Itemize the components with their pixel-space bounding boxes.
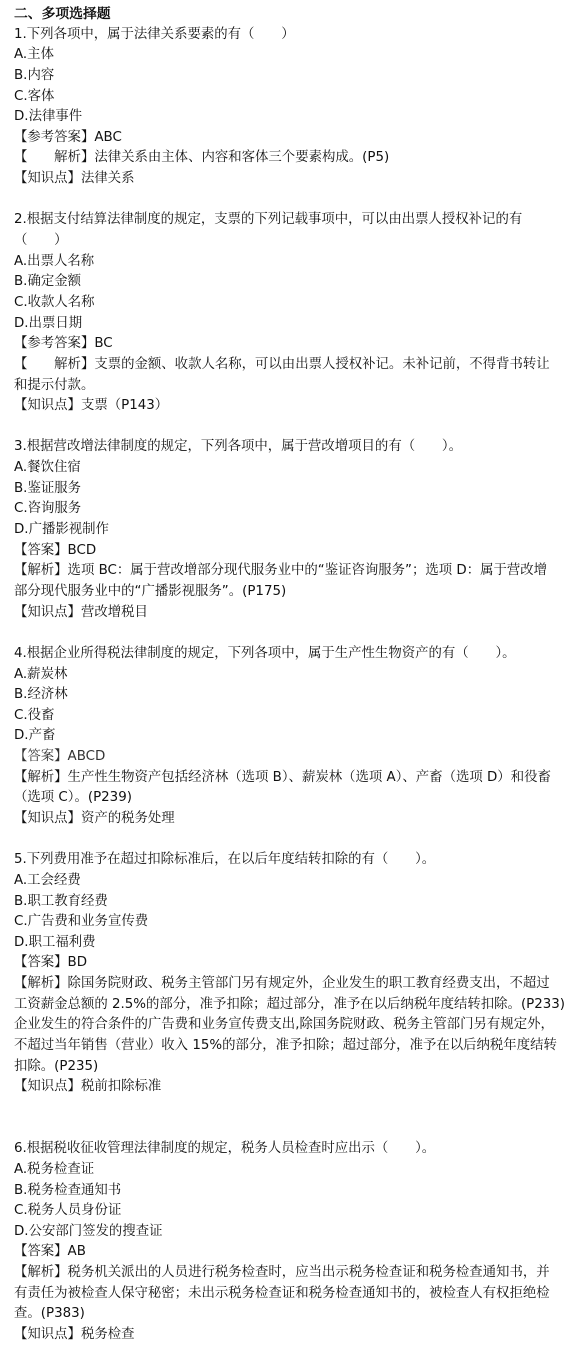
spacer xyxy=(14,417,580,438)
spacer xyxy=(14,1098,580,1119)
analysis-cont: 和提示付款。 xyxy=(14,376,580,397)
question-stem: 2.根据支付结算法律制度的规定，支票的下列记载事项中，可以由出票人授权补记的有 xyxy=(14,210,580,231)
answer: 【答案】AB xyxy=(14,1242,580,1263)
option-b: B.内容 xyxy=(14,66,580,87)
option-d: D.公安部门签发的搜查证 xyxy=(14,1222,580,1243)
option-c: C.客体 xyxy=(14,87,580,108)
question-stem: 5.下列费用准予在超过扣除标准后，在以后年度结转扣除的有（ ）。 xyxy=(14,850,580,871)
question-1: 1.下列各项中，属于法律关系要素的有（ ） A.主体 B.内容 C.客体 D.法… xyxy=(14,25,580,190)
option-a: A.出票人名称 xyxy=(14,252,580,273)
answer: 【答案】ABCD xyxy=(14,747,580,768)
answer: 【答案】BCD xyxy=(14,541,580,562)
option-d: D.出票日期 xyxy=(14,314,580,335)
analysis-cont: 企业发生的符合条件的广告费和业务宣传费支出,除国务院财政、税务主管部门另有规定外… xyxy=(14,1015,580,1036)
option-a: A.税务检查证 xyxy=(14,1160,580,1181)
option-b: B.鉴证服务 xyxy=(14,479,580,500)
analysis: 【解析】税务机关派出的人员进行税务检查时，应当出示税务检查证和税务检查通知书，并 xyxy=(14,1263,580,1284)
analysis: 【解析】选项 BC：属于营改增部分现代服务业中的“鉴证咨询服务”；选项 D：属于… xyxy=(14,561,580,582)
option-a: A.餐饮住宿 xyxy=(14,458,580,479)
document-page: 二、多项选择题 1.下列各项中，属于法律关系要素的有（ ） A.主体 B.内容 … xyxy=(0,0,580,1346)
analysis-cont: （选项 C）。(P239) xyxy=(14,788,580,809)
spacer xyxy=(14,190,580,211)
knowledge-point: 【知识点】税务检查 xyxy=(14,1325,580,1346)
option-b: B.职工教育经费 xyxy=(14,892,580,913)
question-4: 4.根据企业所得税法律制度的规定，下列各项中，属于生产性生物资产的有（ ）。 A… xyxy=(14,644,580,830)
knowledge-point: 【知识点】税前扣除标准 xyxy=(14,1077,580,1098)
question-5: 5.下列费用准予在超过扣除标准后，在以后年度结转扣除的有（ ）。 A.工会经费 … xyxy=(14,850,580,1098)
analysis: 【解析】生产性生物资产包括经济林（选项 B）、薪炭林（选项 A）、产畜（选项 D… xyxy=(14,768,580,789)
analysis-cont: 不超过当年销售（营业）收入 15%的部分，准予扣除；超过部分，准予在以后纳税年度… xyxy=(14,1036,580,1057)
knowledge-point: 【知识点】营改增税目 xyxy=(14,603,580,624)
question-stem: 4.根据企业所得税法律制度的规定，下列各项中，属于生产性生物资产的有（ ）。 xyxy=(14,644,580,665)
answer: 【答案】BD xyxy=(14,953,580,974)
option-c: C.广告费和业务宣传费 xyxy=(14,912,580,933)
knowledge-point: 【知识点】支票（P143） xyxy=(14,396,580,417)
knowledge-point: 【知识点】法律关系 xyxy=(14,169,580,190)
analysis: 【 解析】法律关系由主体、内容和客体三个要素构成。(P5) xyxy=(14,148,580,169)
question-stem-cont: （ ） xyxy=(14,231,580,252)
answer: 【参考答案】ABC xyxy=(14,128,580,149)
analysis-cont: 查。(P383) xyxy=(14,1304,580,1325)
question-stem: 1.下列各项中，属于法律关系要素的有（ ） xyxy=(14,25,580,46)
option-d: D.职工福利费 xyxy=(14,933,580,954)
option-a: A.主体 xyxy=(14,45,580,66)
option-b: B.经济林 xyxy=(14,685,580,706)
spacer xyxy=(14,830,580,851)
option-d: D.产畜 xyxy=(14,726,580,747)
analysis-cont: 扣除。(P235) xyxy=(14,1057,580,1078)
question-2: 2.根据支付结算法律制度的规定，支票的下列记载事项中，可以由出票人授权补记的有 … xyxy=(14,210,580,416)
question-stem: 3.根据营改增法律制度的规定，下列各项中，属于营改增项目的有（ ）。 xyxy=(14,437,580,458)
option-d: D.法律事件 xyxy=(14,107,580,128)
analysis-cont: 有责任为被检查人保守秘密；未出示税务检查证和税务检查通知书的，被检查人有权拒绝检 xyxy=(14,1284,580,1305)
option-c: C.收款人名称 xyxy=(14,293,580,314)
spacer xyxy=(14,623,580,644)
knowledge-point: 【知识点】资产的税务处理 xyxy=(14,809,580,830)
spacer xyxy=(14,1119,580,1140)
analysis: 【解析】除国务院财政、税务主管部门另有规定外，企业发生的职工教育经费支出，不超过 xyxy=(14,974,580,995)
answer: 【参考答案】BC xyxy=(14,334,580,355)
option-c: C.税务人员身份证 xyxy=(14,1201,580,1222)
question-6: 6.根据税收征收管理法律制度的规定，税务人员检查时应出示（ ）。 A.税务检查证… xyxy=(14,1139,580,1345)
option-b: B.确定金额 xyxy=(14,272,580,293)
analysis-cont: 工资薪金总额的 2.5%的部分，准予扣除；超过部分，准予在以后纳税年度结转扣除。… xyxy=(14,995,580,1016)
option-a: A.薪炭林 xyxy=(14,665,580,686)
analysis: 【 解析】支票的金额、收款人名称，可以由出票人授权补记。未补记前，不得背书转让 xyxy=(14,355,580,376)
analysis-cont: 部分现代服务业中的“广播影视服务”。(P175) xyxy=(14,582,580,603)
option-c: C.咨询服务 xyxy=(14,499,580,520)
option-a: A.工会经费 xyxy=(14,871,580,892)
section-title: 二、多项选择题 xyxy=(14,4,580,25)
question-stem: 6.根据税收征收管理法律制度的规定，税务人员检查时应出示（ ）。 xyxy=(14,1139,580,1160)
option-c: C.役畜 xyxy=(14,706,580,727)
option-b: B.税务检查通知书 xyxy=(14,1181,580,1202)
option-d: D.广播影视制作 xyxy=(14,520,580,541)
question-3: 3.根据营改增法律制度的规定，下列各项中，属于营改增项目的有（ ）。 A.餐饮住… xyxy=(14,437,580,623)
